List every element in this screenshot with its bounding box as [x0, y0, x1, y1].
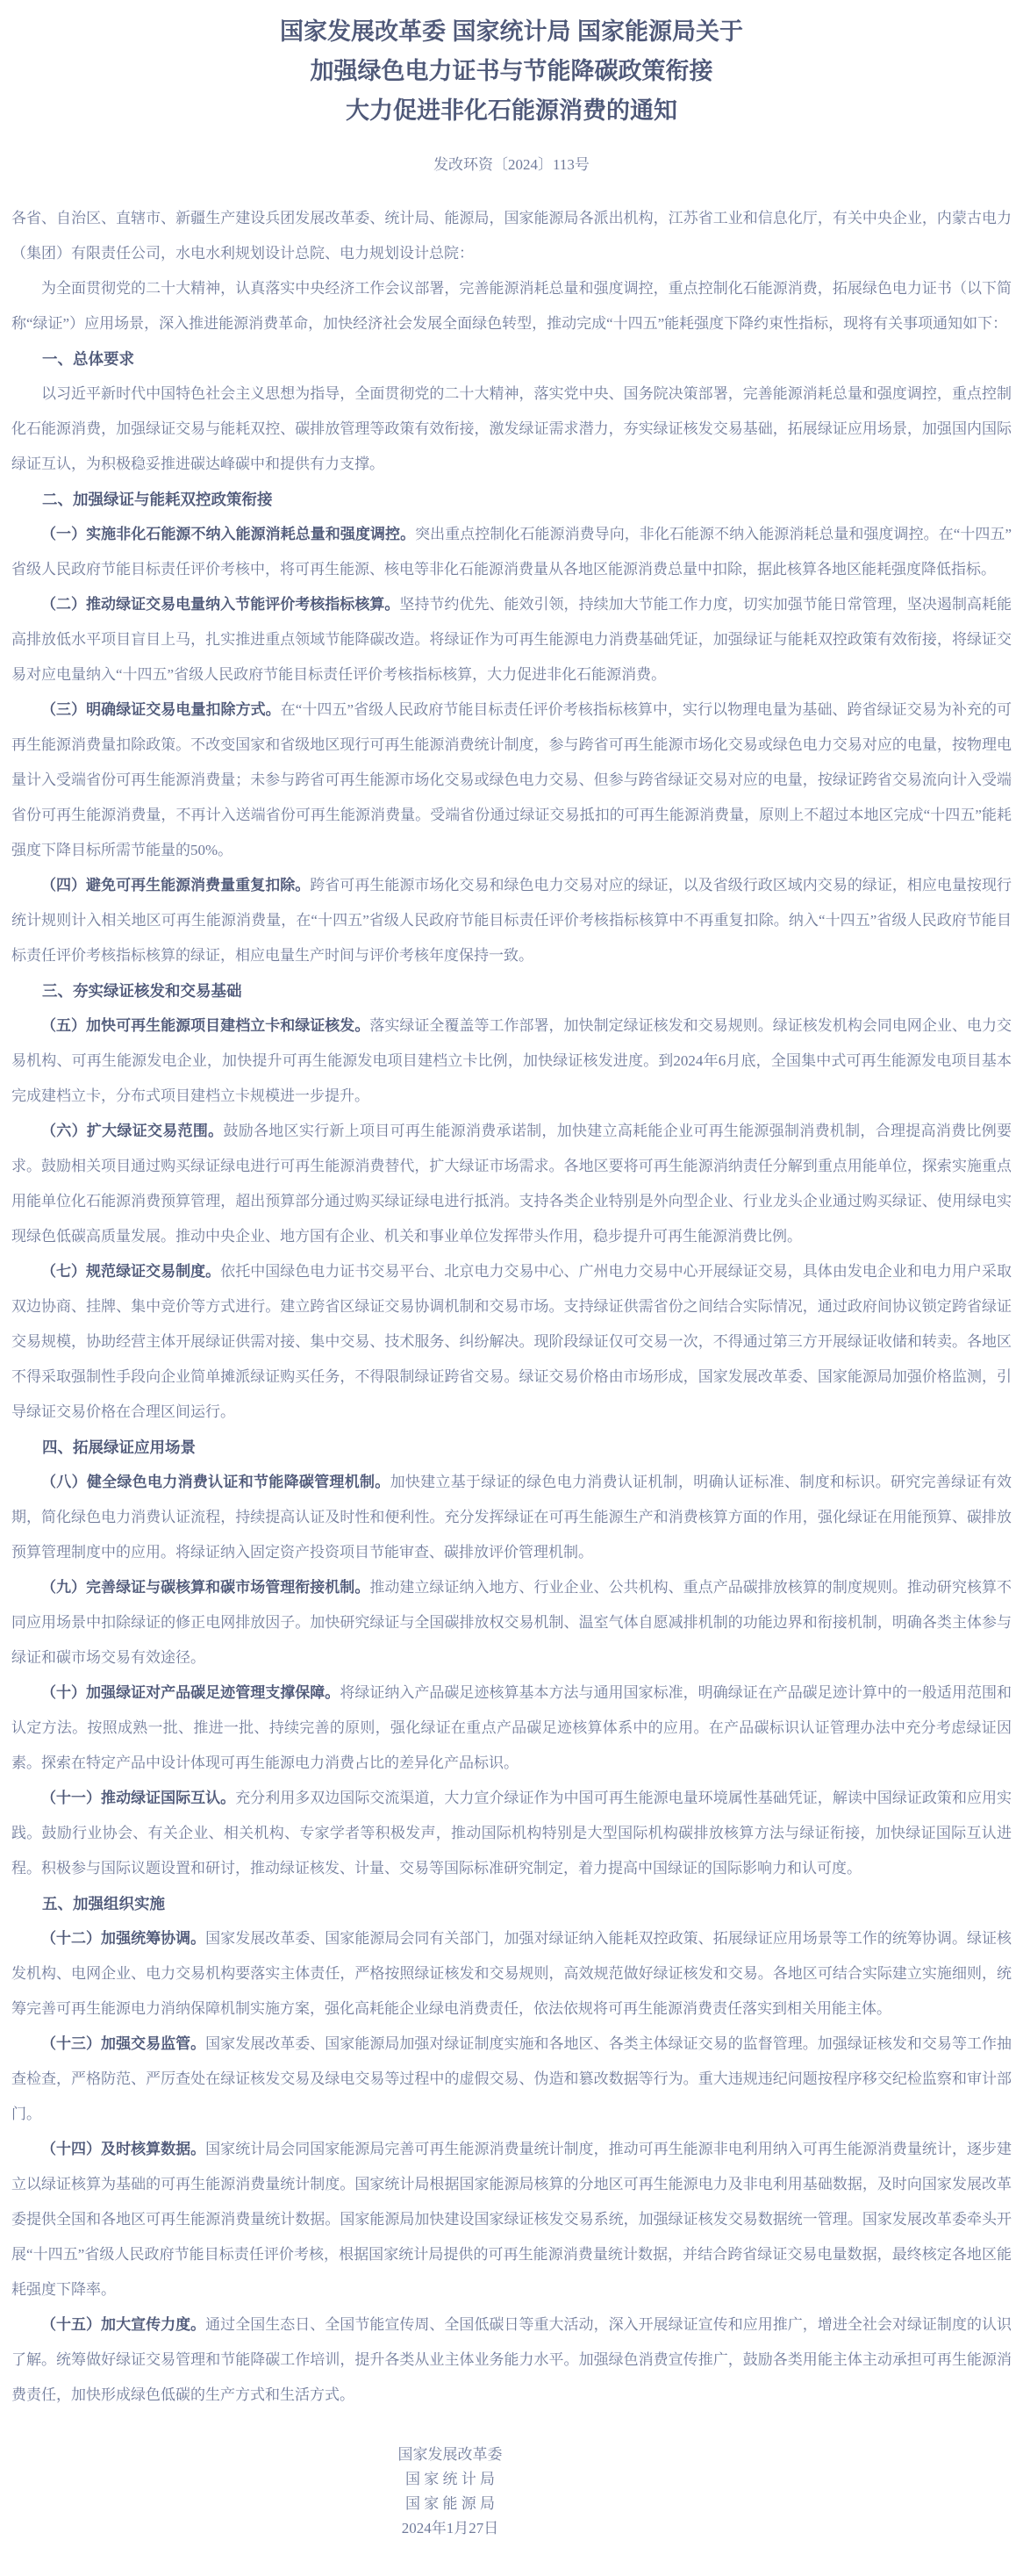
section-paragraph: （三）明确绿证交易电量扣除方式。在“十四五”省级人民政府节能目标责任评价考核指标…: [11, 692, 1012, 868]
section-paragraph: （十四）及时核算数据。国家统计局会同国家能源局完善可再生能源消费量统计制度，推动…: [11, 2132, 1012, 2307]
signature-date: 2024年1月27日: [11, 2516, 889, 2541]
paragraph-lead: （十二）加强统筹协调。: [41, 1930, 205, 1947]
paragraph-lead: （四）避免可再生能源消费量重复扣除。: [41, 877, 310, 893]
section-paragraph: （十三）加强交易监管。国家发展改革委、国家能源局加强对绿证制度实施和各地区、各类…: [11, 2027, 1012, 2132]
section-paragraph: （一）实施非化石能源不纳入能源消耗总量和强度调控。突出重点控制化石能源消费导向，…: [11, 517, 1012, 587]
section-heading: 一、总体要求: [11, 341, 1012, 377]
paragraph-lead: （十五）加大宣传力度。: [41, 2316, 205, 2333]
title-line-1: 国家发展改革委 国家统计局 国家能源局关于: [11, 12, 1012, 52]
salutation: 各省、自治区、直辖市、新疆生产建设兵团发展改革委、统计局、能源局，国家能源局各派…: [11, 201, 1012, 271]
paragraph-lead: （八）健全绿色电力消费认证和节能降碳管理机制。: [41, 1474, 390, 1490]
section-paragraph: （十二）加强统筹协调。国家发展改革委、国家能源局会同有关部门，加强对绿证纳入能耗…: [11, 1921, 1012, 2027]
document-sections: 一、总体要求以习近平新时代中国特色社会主义思想为指导，全面贯彻党的二十大精神，落…: [11, 341, 1012, 2413]
paragraph-lead: （一）实施非化石能源不纳入能源消耗总量和强度调控。: [41, 526, 415, 542]
section-paragraph: （四）避免可再生能源消费量重复扣除。跨省可再生能源市场化交易和绿色电力交易对应的…: [11, 868, 1012, 973]
section-paragraph: （五）加快可再生能源项目建档立卡和绿证核发。落实绿证全覆盖等工作部署，加快制定绿…: [11, 1008, 1012, 1114]
intro-paragraph: 为全面贯彻党的二十大精神，认真落实中央经济工作会议部署，完善能源消耗总量和强度调…: [11, 271, 1012, 341]
paragraph-lead: （九）完善绿证与碳核算和碳市场管理衔接机制。: [41, 1579, 369, 1596]
paragraph-lead: （二）推动绿证交易电量纳入节能评价考核指标核算。: [41, 596, 399, 613]
signature-agency-1: 国家发展改革委: [11, 2443, 889, 2467]
section-heading: 二、加强绿证与能耗双控政策衔接: [11, 482, 1012, 517]
section-heading: 三、夯实绿证核发和交易基础: [11, 973, 1012, 1008]
title-line-3: 大力促进非化石能源消费的通知: [11, 91, 1012, 131]
document-number: 发改环资〔2024〕113号: [11, 155, 1012, 175]
document-page: 国家发展改革委 国家统计局 国家能源局关于 加强绿色电力证书与节能降碳政策衔接 …: [0, 0, 1023, 2576]
section-heading: 五、加强组织实施: [11, 1886, 1012, 1921]
paragraph-lead: （六）扩大绿证交易范围。: [41, 1123, 223, 1139]
signature-agency-2: 国 家 统 计 局: [11, 2467, 889, 2492]
signature-agency-3: 国 家 能 源 局: [11, 2492, 889, 2516]
paragraph-lead: （三）明确绿证交易电量扣除方式。: [41, 701, 281, 718]
document-title: 国家发展改革委 国家统计局 国家能源局关于 加强绿色电力证书与节能降碳政策衔接 …: [11, 12, 1012, 131]
section-paragraph: （七）规范绿证交易制度。依托中国绿色电力证书交易平台、北京电力交易中心、广州电力…: [11, 1254, 1012, 1430]
section-paragraph: （九）完善绿证与碳核算和碳市场管理衔接机制。推动建立绿证纳入地方、行业企业、公共…: [11, 1570, 1012, 1675]
paragraph-lead: （十）加强绿证对产品碳足迹管理支撑保障。: [41, 1684, 340, 1701]
section-paragraph: （十五）加大宣传力度。通过全国生态日、全国节能宣传周、全国低碳日等重大活动，深入…: [11, 2307, 1012, 2413]
section-paragraph: （二）推动绿证交易电量纳入节能评价考核指标核算。坚持节约优先、能效引领，持续加大…: [11, 587, 1012, 692]
paragraph-lead: （五）加快可再生能源项目建档立卡和绿证核发。: [41, 1017, 369, 1034]
section-paragraph: 以习近平新时代中国特色社会主义思想为指导，全面贯彻党的二十大精神，落实党中央、国…: [11, 377, 1012, 482]
paragraph-lead: （七）规范绿证交易制度。: [41, 1263, 220, 1280]
section-paragraph: （十）加强绿证对产品碳足迹管理支撑保障。将绿证纳入产品碳足迹核算基本方法与通用国…: [11, 1675, 1012, 1781]
section-heading: 四、拓展绿证应用场景: [11, 1430, 1012, 1465]
paragraph-lead: （十四）及时核算数据。: [41, 2141, 205, 2157]
section-paragraph: （十一）推动绿证国际互认。充分利用多双边国际交流渠道，大力宣介绿证作为中国可再生…: [11, 1781, 1012, 1886]
paragraph-lead: （十三）加强交易监管。: [41, 2035, 205, 2052]
section-paragraph: （八）健全绿色电力消费认证和节能降碳管理机制。加快建立基于绿证的绿色电力消费认证…: [11, 1465, 1012, 1570]
signature-block: 国家发展改革委 国 家 统 计 局 国 家 能 源 局 2024年1月27日: [11, 2443, 889, 2541]
paragraph-lead: （十一）推动绿证国际互认。: [41, 1790, 235, 1806]
title-line-2: 加强绿色电力证书与节能降碳政策衔接: [11, 52, 1012, 91]
section-paragraph: （六）扩大绿证交易范围。鼓励各地区实行新上项目可再生能源消费承诺制，加快建立高耗…: [11, 1114, 1012, 1254]
